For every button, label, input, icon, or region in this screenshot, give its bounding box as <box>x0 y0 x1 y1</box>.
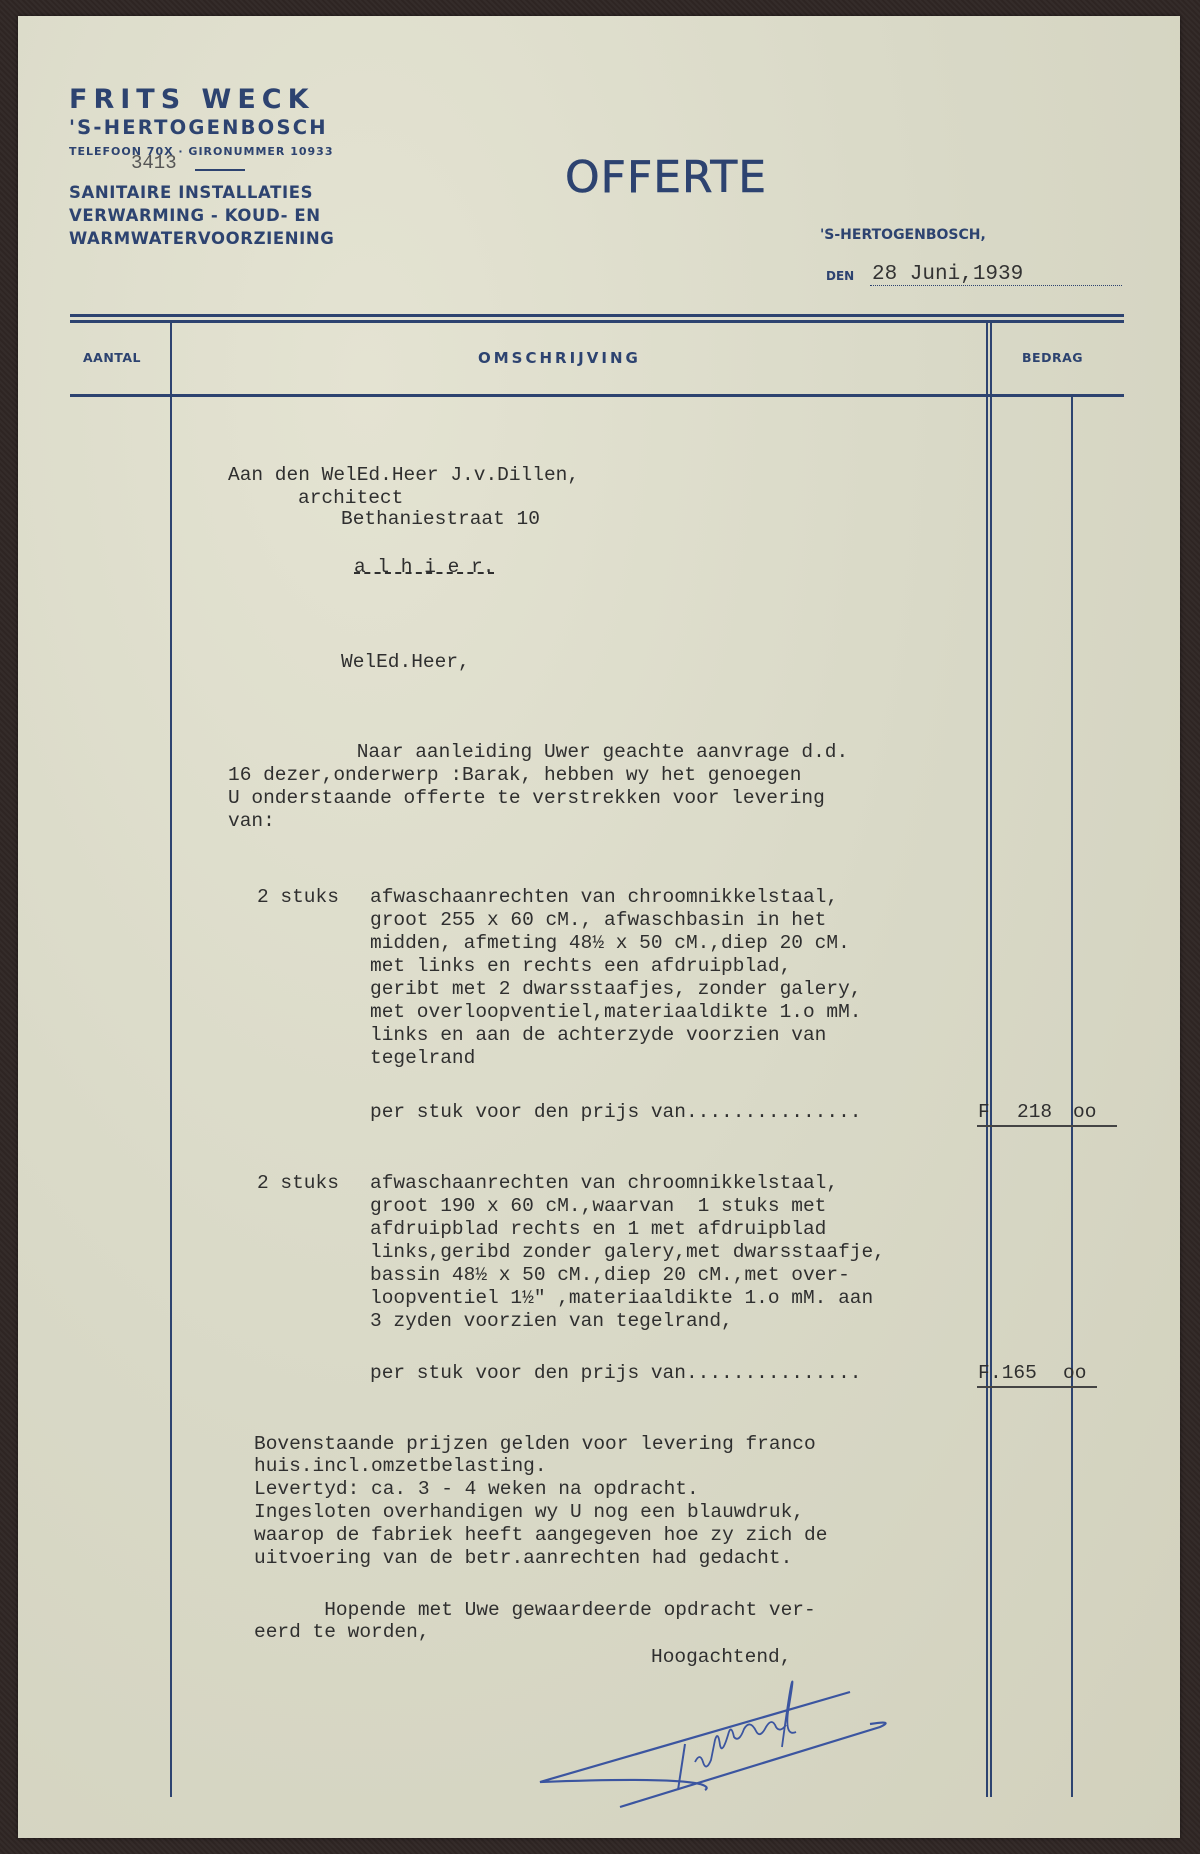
aantal-column-divider <box>170 322 172 1797</box>
item-description-line: loopventiel 1½" ,materiaaldikte 1.o mM. … <box>370 1287 873 1311</box>
date-dotted-line <box>870 285 1122 286</box>
item-price-underline <box>977 1386 1097 1388</box>
telephone-correction: 3413 <box>131 152 177 174</box>
item-description-line: midden, afmeting 48½ x 50 cM.,diep 20 cM… <box>370 932 850 956</box>
closing-line: eerd te worden, <box>254 1621 430 1645</box>
item-price-underline <box>977 1125 1117 1127</box>
item-description-line: geribt met 2 dwarsstaafjes, zonder galer… <box>370 978 861 1002</box>
intro-line: 16 dezer,onderwerp :Barak, hebben wy het… <box>228 764 801 788</box>
top-double-rule-2 <box>70 320 1124 323</box>
service-line-3: WARMWATERVOORZIENING <box>69 229 334 248</box>
terms-line: Levertyd: ca. 3 - 4 weken na opdracht. <box>254 1478 699 1502</box>
bedrag-column-divider-2 <box>990 322 992 1797</box>
item-description-line: 3 zyden voorzien van tegelrand, <box>370 1310 733 1334</box>
item-description-line: groot 255 x 60 cM., afwaschbasin in het <box>370 909 826 933</box>
terms-line: huis.incl.omzetbelasting. <box>254 1455 547 1479</box>
firm-city: 'S-HERTOGENBOSCH <box>69 116 328 139</box>
recipient-name: Aan den WelEd.Heer J.v.Dillen, <box>228 464 579 488</box>
valediction: Hoogachtend, <box>651 1646 791 1670</box>
date-prefix: DEN <box>826 269 854 283</box>
item-description-line: afdruipblad rechts en 1 met afdruipblad <box>370 1218 826 1242</box>
header-bottom-rule <box>70 394 1124 397</box>
item-description-line: groot 190 x 60 cM.,waarvan 1 stuks met <box>370 1195 826 1219</box>
closing-line: Hopende met Uwe gewaardeerde opdracht ve… <box>254 1599 816 1623</box>
document-place: 'S-HERTOGENBOSCH, <box>820 227 986 243</box>
column-header-omschrijving: OMSCHRIJVING <box>478 349 641 367</box>
terms-line: Ingesloten overhandigen wy U nog een bla… <box>254 1501 804 1525</box>
intro-line: Naar aanleiding Uwer geachte aanvrage d.… <box>228 741 848 765</box>
telephone-correction-line <box>195 169 245 171</box>
salutation: WelEd.Heer, <box>341 651 470 675</box>
item-quantity: 2 stuks <box>257 886 339 910</box>
telephone-giro-line: TELEFOON 70X · GIRONUMMER 10933 <box>69 145 333 158</box>
item-currency: F <box>978 1362 990 1384</box>
service-line-2: VERWARMING - KOUD- EN <box>69 206 321 225</box>
item-description-line: afwaschaanrechten van chroomnikkelstaal, <box>370 1172 838 1196</box>
signature-icon <box>520 1672 900 1812</box>
item-description-line: links en aan de achterzyde voorzien van <box>370 1024 826 1048</box>
service-line-1: SANITAIRE INSTALLATIES <box>69 183 313 202</box>
terms-line: Bovenstaande prijzen gelden voor leverin… <box>254 1433 816 1457</box>
item-price-label: per stuk voor den prijs van.............… <box>370 1101 861 1125</box>
item-price-guilders: 218 <box>1017 1101 1052 1123</box>
item-description-line: links,geribd zonder galery,met dwarsstaa… <box>370 1241 885 1265</box>
item-price-guilders: .165 <box>990 1362 1037 1384</box>
column-header-aantal: AANTAL <box>83 350 141 365</box>
item-description-line: tegelrand <box>370 1047 475 1071</box>
item-quantity: 2 stuks <box>257 1172 339 1196</box>
firm-name: FRITS WECK <box>69 84 315 115</box>
item-description-line: bassin 48½ x 50 cM.,diep 20 cM.,met over… <box>370 1264 850 1288</box>
terms-line: uitvoering van de betr.aanrechten had ge… <box>254 1547 792 1571</box>
top-double-rule-1 <box>70 314 1124 317</box>
recipient-address: Bethaniestraat 10 <box>341 508 540 532</box>
bedrag-column-divider-1 <box>986 322 988 1797</box>
item-price-label: per stuk voor den prijs van.............… <box>370 1362 861 1386</box>
intro-line: van: <box>228 810 275 834</box>
item-currency: F <box>978 1101 990 1123</box>
item-price-cents: oo <box>1073 1101 1096 1123</box>
intro-line: U onderstaande offerte te verstrekken vo… <box>228 787 825 811</box>
item-price-cents: oo <box>1063 1362 1086 1384</box>
cents-column-divider <box>1071 397 1073 1797</box>
terms-line: waarop de fabriek heeft aangegeven hoe z… <box>254 1524 827 1548</box>
item-description-line: met overloopventiel,materiaaldikte 1.o m… <box>370 1001 861 1025</box>
document-title: OFFERTE <box>565 152 767 203</box>
item-description-line: afwaschaanrechten van chroomnikkelstaal, <box>370 886 838 910</box>
document-date: 28 Juni,1939 <box>872 263 1023 286</box>
recipient-title: architect <box>298 487 403 511</box>
column-header-bedrag: BEDRAG <box>1022 350 1083 365</box>
recipient-locality: a l h i e r. <box>354 556 494 580</box>
item-description-line: met links en rechts een afdruipblad, <box>370 955 791 979</box>
